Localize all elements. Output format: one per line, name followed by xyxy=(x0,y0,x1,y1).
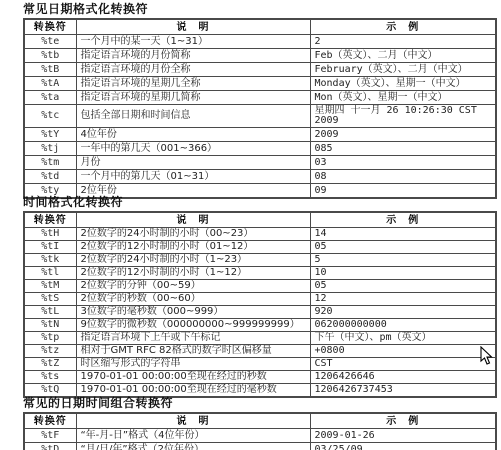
example-cell: 2009-01-26 xyxy=(310,429,496,443)
converter-cell: %tj xyxy=(24,142,76,156)
table-row: %ts1970-01-01 00:00:00至现在经过的秒数1206426646 xyxy=(24,371,496,384)
description-cell: 时区缩写形式的字符串 xyxy=(76,358,310,371)
converter-cell: %tY xyxy=(24,128,76,142)
converter-cell: %tc xyxy=(24,105,76,128)
converter-cell: %tm xyxy=(24,156,76,170)
table-row: %tb指定语言环境的月份简称Feb（英文）、二月（中文） xyxy=(24,49,496,63)
description-cell: 月份 xyxy=(76,156,310,170)
example-cell: 星期四 十一月 26 10:26:30 CST 2009 xyxy=(310,105,496,128)
table-row: %tQ1970-01-01 00:00:00至现在经过的毫秒数120642673… xyxy=(24,384,496,398)
column-header: 转换符 xyxy=(24,212,76,228)
example-cell: +0800 xyxy=(310,345,496,358)
converter-cell: %td xyxy=(24,170,76,184)
conversion-table: 转换符说 明示 例%tH2位数字的24小时制的小时（00~23）14%tI2位数… xyxy=(23,211,497,398)
example-cell: 5 xyxy=(310,254,496,267)
example-cell: 1206426646 xyxy=(310,371,496,384)
column-header: 示 例 xyxy=(310,212,496,228)
description-cell: 指定语言环境的星期几全称 xyxy=(76,77,310,91)
converter-cell: %tH xyxy=(24,228,76,241)
table-row: %tN9位数字的微秒数（000000000~999999999）06200000… xyxy=(24,319,496,332)
example-cell: 14 xyxy=(310,228,496,241)
table-row: %tF“年-月-日”格式（4位年份）2009-01-26 xyxy=(24,429,496,443)
conversion-table: 转换符说 明示 例%te一个月中的某一天（1~31）2%tb指定语言环境的月份简… xyxy=(23,18,497,199)
section-title: 常见日期格式化转换符 xyxy=(23,3,497,16)
description-cell: 指定语言环境的星期几简称 xyxy=(76,91,310,105)
section-2: 常见的日期时间组合转换符转换符说 明示 例%tF“年-月-日”格式（4位年份）2… xyxy=(23,397,497,450)
table-row: %tD“月/日/年”格式（2位年份）03/25/09 xyxy=(24,443,496,450)
table-row: %tM2位数字的分钟（00~59）05 xyxy=(24,280,496,293)
table-row: %tl2位数字的12小时制的小时（1~12）10 xyxy=(24,267,496,280)
table-row: %tI2位数字的12小时制的小时（01~12）05 xyxy=(24,241,496,254)
example-cell: 下午（中文）、pm（英文） xyxy=(310,332,496,345)
example-cell: February（英文）、二月（中文） xyxy=(310,63,496,77)
table-row: %tY4位年份2009 xyxy=(24,128,496,142)
example-cell: 03/25/09 xyxy=(310,443,496,450)
example-cell: 05 xyxy=(310,280,496,293)
description-cell: 指定语言环境的月份简称 xyxy=(76,49,310,63)
header-row: 转换符说 明示 例 xyxy=(24,212,496,228)
example-cell: Feb（英文）、二月（中文） xyxy=(310,49,496,63)
table-row: %tc包括全部日期和时间信息星期四 十一月 26 10:26:30 CST 20… xyxy=(24,105,496,128)
table-row: %te一个月中的某一天（1~31）2 xyxy=(24,35,496,49)
description-cell: 9位数字的微秒数（000000000~999999999） xyxy=(76,319,310,332)
table-row: %tH2位数字的24小时制的小时（00~23）14 xyxy=(24,228,496,241)
table-row: %td一个月中的第几天（01~31）08 xyxy=(24,170,496,184)
converter-cell: %tI xyxy=(24,241,76,254)
converter-cell: %tl xyxy=(24,267,76,280)
table-row: %ta指定语言环境的星期几简称Mon（英文）、星期一（中文） xyxy=(24,91,496,105)
example-cell: 085 xyxy=(310,142,496,156)
example-cell: 03 xyxy=(310,156,496,170)
converter-cell: %tz xyxy=(24,345,76,358)
converter-cell: %tF xyxy=(24,429,76,443)
column-header: 说 明 xyxy=(76,413,310,429)
section-1: 时间格式化转换符转换符说 明示 例%tH2位数字的24小时制的小时（00~23）… xyxy=(23,196,497,398)
section-0: 常见日期格式化转换符转换符说 明示 例%te一个月中的某一天（1~31）2%tb… xyxy=(23,3,497,199)
description-cell: 一个月中的第几天（01~31） xyxy=(76,170,310,184)
table-row: %tp指定语言环境下上午或下午标记下午（中文）、pm（英文） xyxy=(24,332,496,345)
converter-cell: %tZ xyxy=(24,358,76,371)
description-cell: 1970-01-01 00:00:00至现在经过的秒数 xyxy=(76,371,310,384)
table-row: %tS2位数字的秒数（00~60）12 xyxy=(24,293,496,306)
description-cell: 相对于GMT RFC 82格式的数字时区偏移量 xyxy=(76,345,310,358)
example-cell: 10 xyxy=(310,267,496,280)
document-page: { "theme": { "border_color": "#4a4a4a", … xyxy=(0,0,501,450)
column-header: 说 明 xyxy=(76,19,310,35)
table-row: %tk2位数字的24小时制的小时（1~23）5 xyxy=(24,254,496,267)
description-cell: 2位数字的12小时制的小时（01~12） xyxy=(76,241,310,254)
example-cell: 2009 xyxy=(310,128,496,142)
example-cell: 05 xyxy=(310,241,496,254)
description-cell: 2位数字的秒数（00~60） xyxy=(76,293,310,306)
converter-cell: %tQ xyxy=(24,384,76,398)
converter-cell: %tN xyxy=(24,319,76,332)
example-cell: 920 xyxy=(310,306,496,319)
converter-cell: %tk xyxy=(24,254,76,267)
converter-cell: %tM xyxy=(24,280,76,293)
converter-cell: %tB xyxy=(24,63,76,77)
column-header: 转换符 xyxy=(24,19,76,35)
converter-cell: %tS xyxy=(24,293,76,306)
description-cell: 3位数字的毫秒数（000~999） xyxy=(76,306,310,319)
converter-cell: %ts xyxy=(24,371,76,384)
section-title: 常见的日期时间组合转换符 xyxy=(23,397,497,410)
table-row: %tB指定语言环境的月份全称February（英文）、二月（中文） xyxy=(24,63,496,77)
example-cell: 08 xyxy=(310,170,496,184)
description-cell: 2位数字的12小时制的小时（1~12） xyxy=(76,267,310,280)
description-cell: 包括全部日期和时间信息 xyxy=(76,105,310,128)
description-cell: 指定语言环境的月份全称 xyxy=(76,63,310,77)
description-cell: 2位数字的分钟（00~59） xyxy=(76,280,310,293)
converter-cell: %tD xyxy=(24,443,76,450)
example-cell: 2 xyxy=(310,35,496,49)
table-row: %tm月份03 xyxy=(24,156,496,170)
description-cell: “年-月-日”格式（4位年份） xyxy=(76,429,310,443)
converter-cell: %tb xyxy=(24,49,76,63)
description-cell: 1970-01-01 00:00:00至现在经过的毫秒数 xyxy=(76,384,310,398)
table-row: %tj一年中的第几天（001~366）085 xyxy=(24,142,496,156)
example-cell: Monday（英文）、星期一（中文） xyxy=(310,77,496,91)
converter-cell: %te xyxy=(24,35,76,49)
description-cell: 指定语言环境下上午或下午标记 xyxy=(76,332,310,345)
description-cell: 2位数字的24小时制的小时（00~23） xyxy=(76,228,310,241)
table-row: %tz相对于GMT RFC 82格式的数字时区偏移量+0800 xyxy=(24,345,496,358)
table-row: %tL3位数字的毫秒数（000~999）920 xyxy=(24,306,496,319)
header-row: 转换符说 明示 例 xyxy=(24,413,496,429)
column-header: 转换符 xyxy=(24,413,76,429)
example-cell: CST xyxy=(310,358,496,371)
section-title: 时间格式化转换符 xyxy=(23,196,497,209)
table-row: %tA指定语言环境的星期几全称Monday（英文）、星期一（中文） xyxy=(24,77,496,91)
column-header: 示 例 xyxy=(310,19,496,35)
description-cell: 4位年份 xyxy=(76,128,310,142)
example-cell: 062000000000 xyxy=(310,319,496,332)
converter-cell: %ta xyxy=(24,91,76,105)
conversion-table: 转换符说 明示 例%tF“年-月-日”格式（4位年份）2009-01-26%tD… xyxy=(23,412,497,450)
column-header: 说 明 xyxy=(76,212,310,228)
header-row: 转换符说 明示 例 xyxy=(24,19,496,35)
example-cell: 12 xyxy=(310,293,496,306)
table-row: %tZ时区缩写形式的字符串CST xyxy=(24,358,496,371)
converter-cell: %tL xyxy=(24,306,76,319)
example-cell: Mon（英文）、星期一（中文） xyxy=(310,91,496,105)
description-cell: 一个月中的某一天（1~31） xyxy=(76,35,310,49)
example-cell: 1206426737453 xyxy=(310,384,496,398)
description-cell: “月/日/年”格式（2位年份） xyxy=(76,443,310,450)
column-header: 示 例 xyxy=(310,413,496,429)
converter-cell: %tA xyxy=(24,77,76,91)
description-cell: 一年中的第几天（001~366） xyxy=(76,142,310,156)
converter-cell: %tp xyxy=(24,332,76,345)
description-cell: 2位数字的24小时制的小时（1~23） xyxy=(76,254,310,267)
